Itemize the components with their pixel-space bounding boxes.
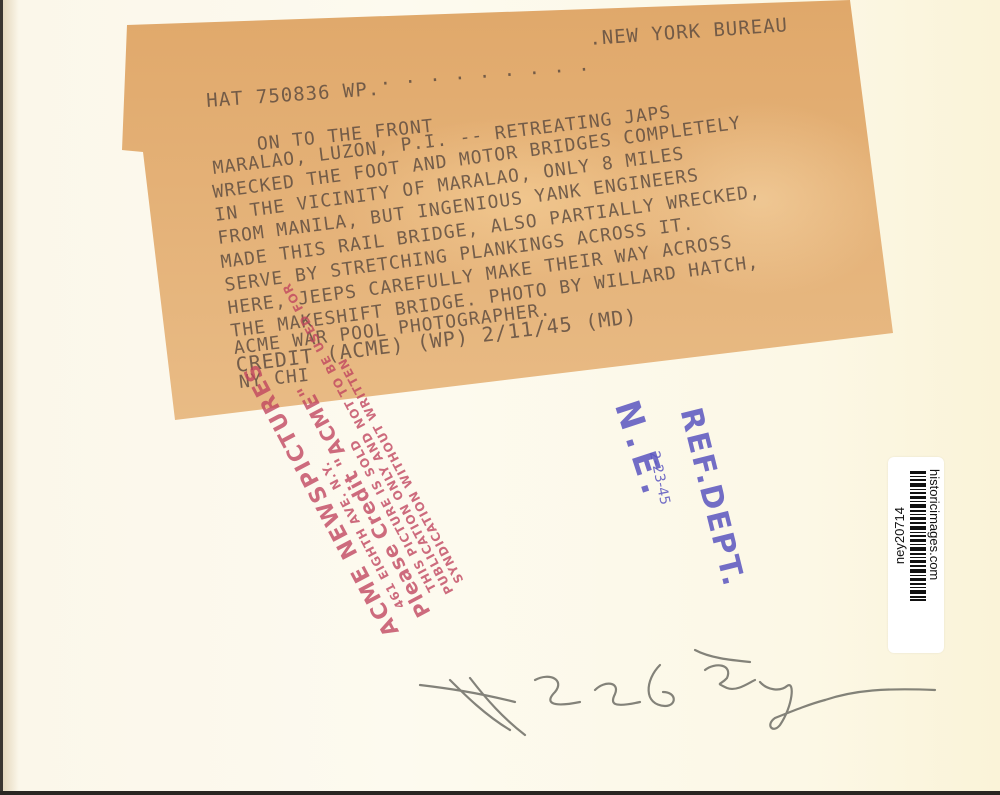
- acme-newspictures-stamp: ACME NEWSPICTURES 461 EIGHTH AVE. N.Y. P…: [305, 410, 575, 600]
- handwritten-notation: [415, 630, 945, 740]
- barcode-site-text: historicimages.com: [927, 469, 942, 580]
- caption-code: HAT 750836 WP.: [206, 80, 381, 110]
- barcode-label: historicimages.com ney20714: [888, 457, 944, 653]
- barcode-id-text: ney20714: [892, 507, 907, 564]
- caption-bureau: .NEW YORK BUREAU: [589, 16, 789, 48]
- barcode-icon: [910, 471, 926, 601]
- caption-leader: . . . . . . . . .: [379, 55, 591, 88]
